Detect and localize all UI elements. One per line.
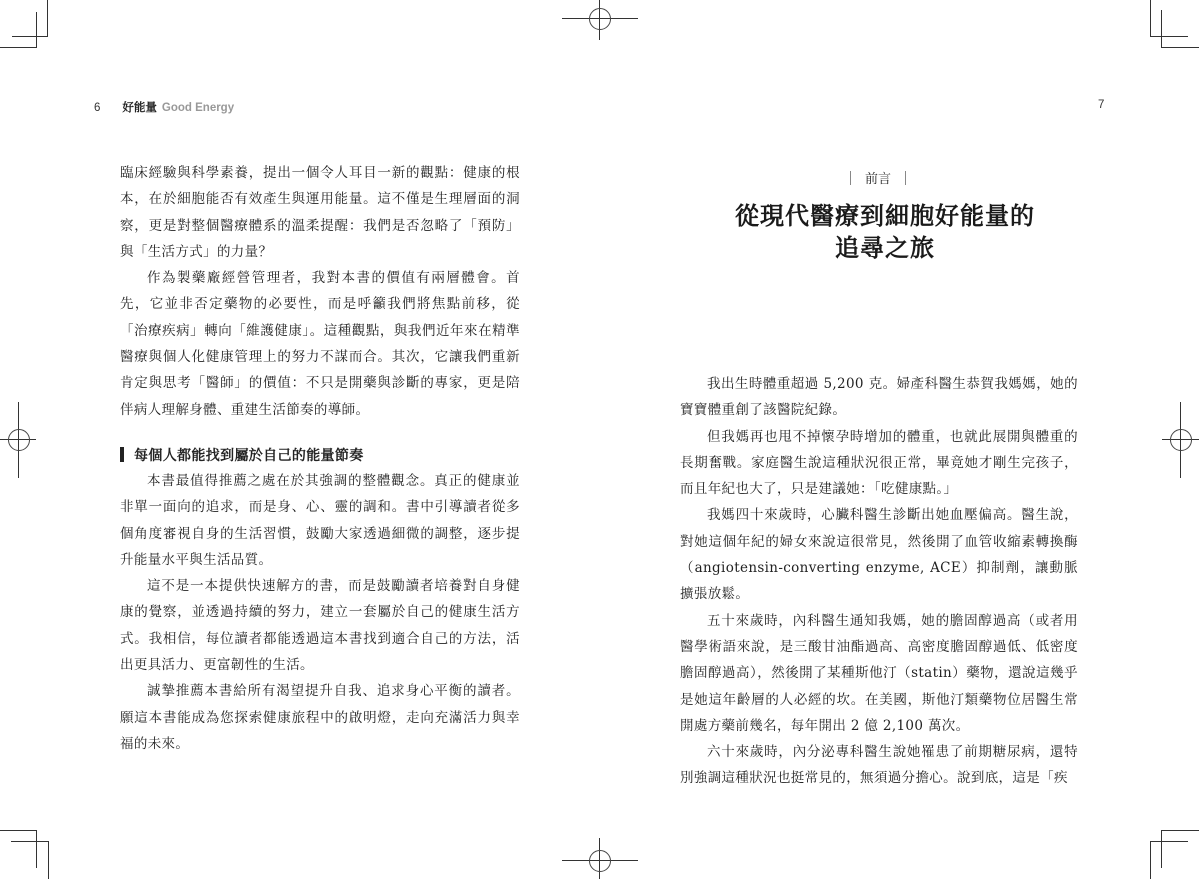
heading-bar-icon bbox=[120, 447, 124, 462]
crop-mark-top-right-v2 bbox=[1161, 10, 1162, 48]
paragraph: 本書最值得推薦之處在於其強調的整體觀念。真正的健康並非單一面向的追求，而是身、心… bbox=[120, 468, 520, 573]
paragraph: 五十來歲時，內科醫生通知我媽，她的膽固醇過高（或者用醫學術語來說，是三酸甘油酯過… bbox=[680, 608, 1078, 739]
chapter-title-line-1: 從現代醫療到細胞好能量的 bbox=[690, 200, 1080, 232]
paragraph: 六十來歲時，內分泌專科醫生說她罹患了前期糖尿病，還特別強調這種狀況也挺常見的，無… bbox=[680, 739, 1078, 792]
crop-mark-bottom-left-h1 bbox=[0, 830, 37, 831]
crop-mark-bottom-right-h2 bbox=[1150, 841, 1188, 842]
paragraph: 我媽四十來歲時，心臟科醫生診斷出她血壓偏高。醫生說，對她這個年紀的婦女來說這很常… bbox=[680, 502, 1078, 607]
paragraph: 作為製藥廠經營管理者，我對本書的價值有兩層體會。首先，它並非否定藥物的必要性，而… bbox=[120, 265, 520, 423]
right-page-number: 7 bbox=[1098, 99, 1104, 111]
left-running-head: 6 好能量 Good Energy bbox=[94, 99, 234, 115]
crop-mark-top-left-v2 bbox=[47, 0, 48, 37]
divider-right bbox=[905, 171, 906, 185]
paragraph: 但我媽再也甩不掉懷孕時增加的體重，也就此展開與體重的長期奮戰。家庭醫生說這種狀況… bbox=[680, 424, 1078, 503]
crop-mark-bottom-right-h1 bbox=[1161, 830, 1199, 831]
preface-label-text: 前言 bbox=[865, 168, 891, 187]
registration-mark-left-circle bbox=[8, 429, 30, 451]
book-title-cn: 好能量 bbox=[122, 99, 157, 115]
divider-left bbox=[850, 171, 851, 185]
paragraph: 這不是一本提供快速解方的書，而是鼓勵讀者培養對自身健康的覺察，並透過持續的努力，… bbox=[120, 573, 520, 678]
crop-mark-bottom-right-v1 bbox=[1161, 830, 1162, 868]
left-page-body: 臨床經驗與科學素養，提出一個令人耳目一新的觀點：健康的根本，在於細胞能否有效產生… bbox=[120, 160, 520, 757]
left-page-number: 6 bbox=[94, 102, 100, 114]
chapter-title-line-2: 追尋之旅 bbox=[690, 232, 1080, 264]
section-heading-text: 每個人都能找到屬於自己的能量節奏 bbox=[134, 442, 364, 468]
paragraph: 誠摯推薦本書給所有渴望提升自我、追求身心平衡的讀者。願這本書能成為您探索健康旅程… bbox=[120, 678, 520, 757]
chapter-title: 從現代醫療到細胞好能量的 追尋之旅 bbox=[690, 200, 1080, 264]
crop-mark-top-right-h1 bbox=[1150, 36, 1188, 37]
crop-mark-top-right-h2 bbox=[1161, 47, 1199, 48]
crop-mark-top-right-v1 bbox=[1150, 0, 1151, 37]
preface-label: 前言 bbox=[850, 168, 906, 187]
registration-mark-top-circle bbox=[589, 8, 611, 30]
registration-mark-right-circle bbox=[1170, 429, 1192, 451]
paragraph: 我出生時體重超過 5,200 克。婦產科醫生恭賀我媽媽，她的寶寶體重創了該醫院紀… bbox=[680, 371, 1078, 424]
book-title-en: Good Energy bbox=[162, 102, 234, 114]
crop-mark-top-left-h2 bbox=[12, 36, 48, 37]
crop-mark-bottom-left-v2 bbox=[48, 841, 49, 879]
paragraph: 臨床經驗與科學素養，提出一個令人耳目一新的觀點：健康的根本，在於細胞能否有效產生… bbox=[120, 160, 520, 265]
registration-mark-bottom-circle bbox=[589, 850, 611, 872]
crop-mark-bottom-left-v1 bbox=[36, 830, 37, 868]
crop-mark-top-left-v1 bbox=[36, 12, 37, 48]
right-page-body: 我出生時體重超過 5,200 克。婦產科醫生恭賀我媽媽，她的寶寶體重創了該醫院紀… bbox=[680, 371, 1078, 792]
crop-mark-bottom-left-h2 bbox=[11, 841, 49, 842]
crop-mark-top-left-h1 bbox=[0, 47, 36, 48]
section-heading: 每個人都能找到屬於自己的能量節奏 bbox=[120, 442, 520, 468]
crop-mark-bottom-right-v2 bbox=[1150, 841, 1151, 879]
